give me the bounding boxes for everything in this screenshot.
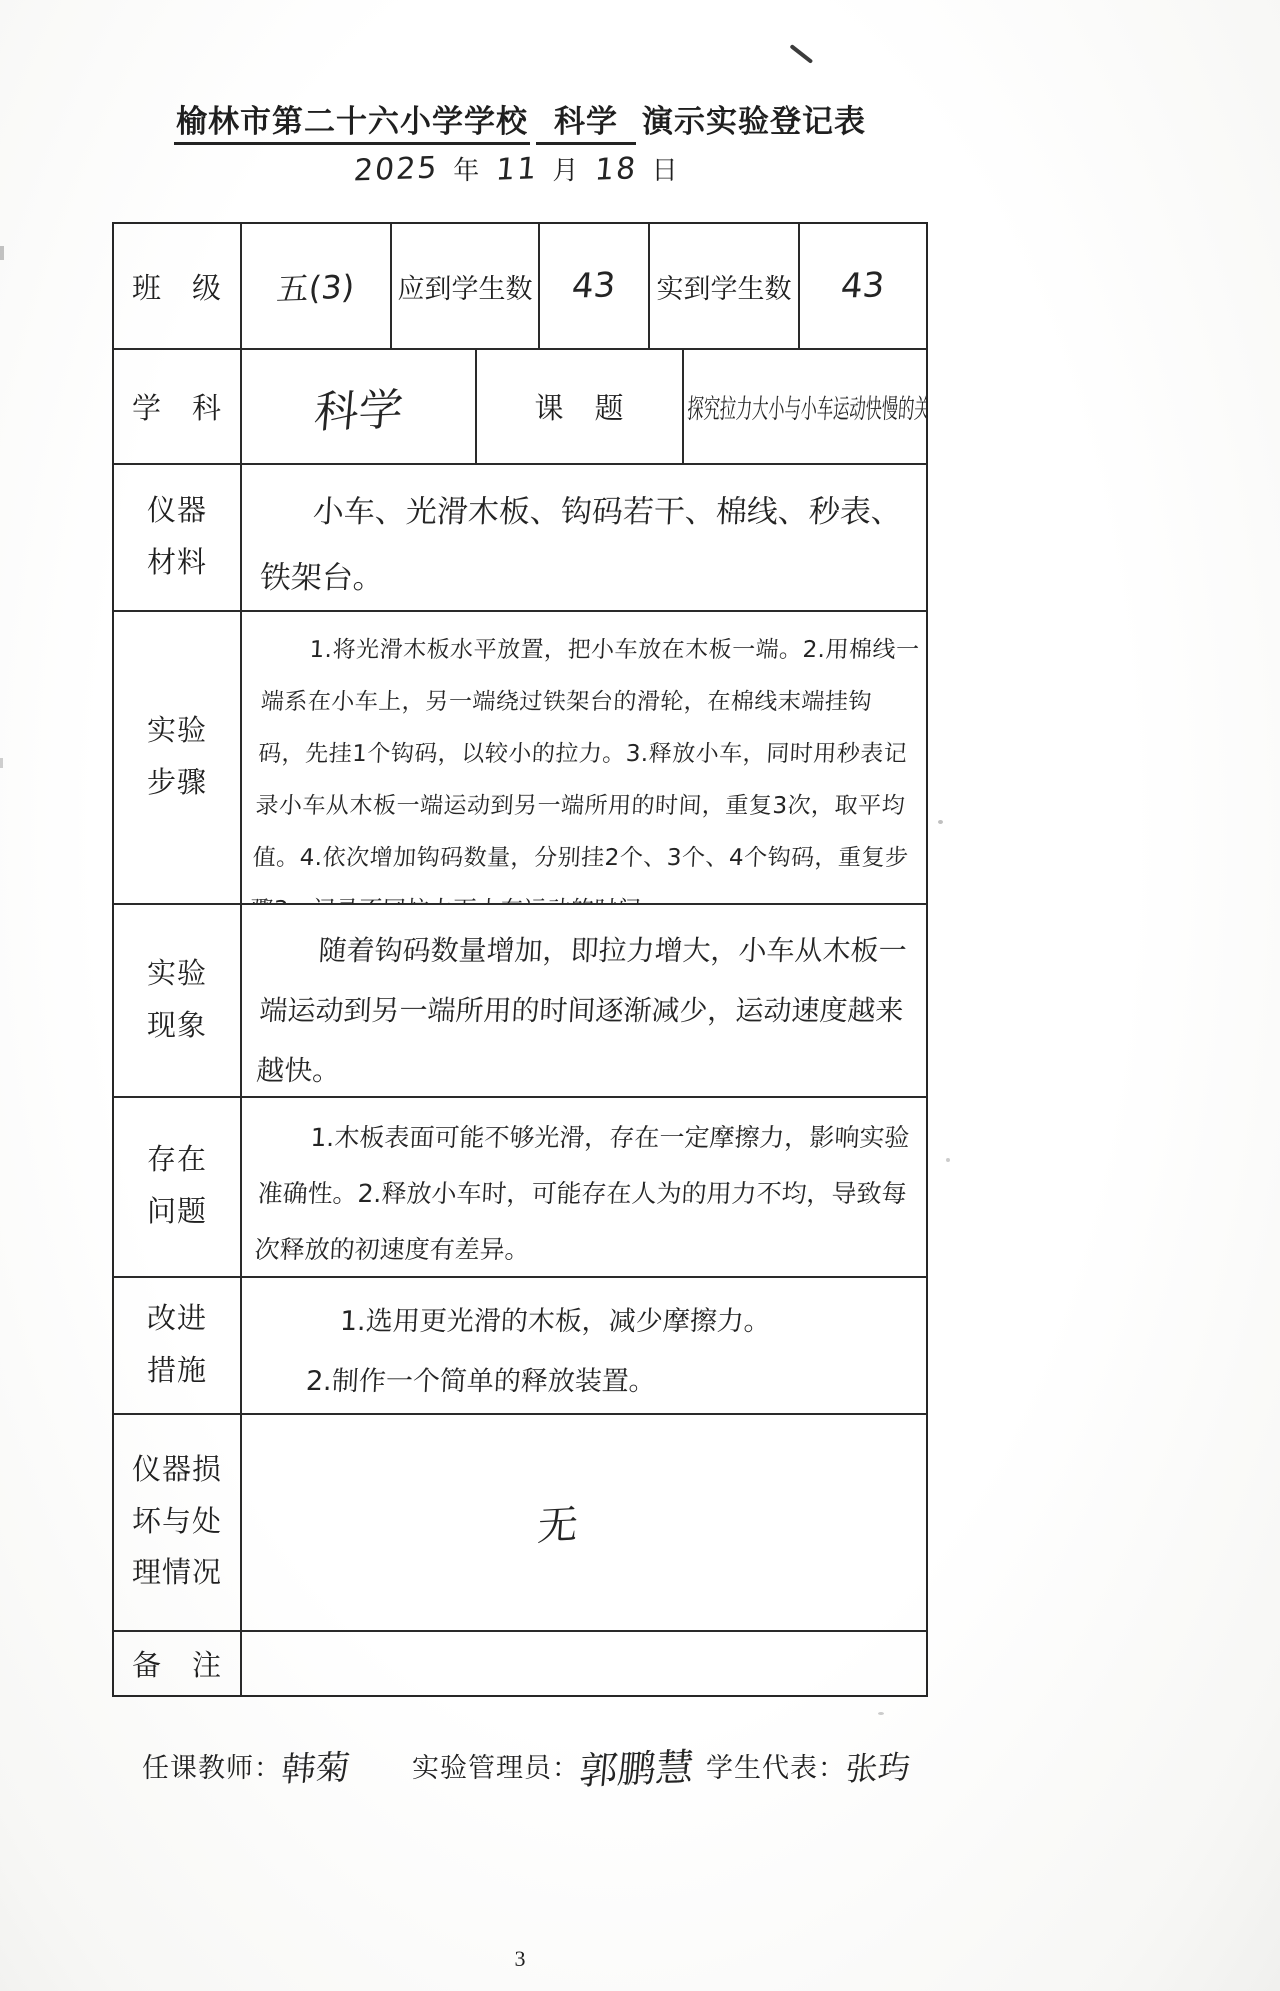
school-name: 榆林市第二十六小学学校 <box>174 104 530 145</box>
date-month-unit: 月 <box>552 156 580 185</box>
expected-count-value-cell: 43 <box>540 224 650 348</box>
equipment-content-cell: 小车、光滑木板、钩码若干、棉线、秒表、铁架台。 <box>238 465 930 610</box>
scan-artifact-edge <box>0 758 3 768</box>
form-title: 榆林市第二十六小学学校科学演示实验登记表 <box>112 96 928 141</box>
improvements-label-cell: 改进 措施 <box>114 1278 242 1413</box>
scanned-form-page: 榆林市第二十六小学学校科学演示实验登记表 2025 年 11 月 18 日 班 … <box>0 0 1280 1991</box>
teacher-signature: 韩菊 <box>280 1740 353 1791</box>
topic-label: 课 题 <box>534 386 624 427</box>
scan-artifact-speck <box>938 820 943 824</box>
equipment-label-cell: 仪器 材料 <box>114 465 242 610</box>
problems-label: 存在 问题 <box>147 1135 207 1238</box>
teacher-label: 任课教师： <box>142 1746 282 1785</box>
class-label-cell: 班 级 <box>114 224 242 348</box>
actual-count-value: 43 <box>840 265 887 306</box>
table-row-improvements: 改进 措施 1.选用更光滑的木板，减少摩擦力。 2.制作一个简单的释放装置。 <box>114 1278 926 1415</box>
date-day-unit: 日 <box>652 156 680 185</box>
date-day-value: 18 <box>593 151 638 187</box>
manager-signature: 郭鹏慧 <box>577 1736 696 1795</box>
table-row-problems: 存在 问题 1.木板表面可能不够光滑，存在一定摩擦力，影响实验准确性。2.释放小… <box>114 1098 926 1278</box>
improvement-item-2: 2.制作一个简单的释放装置。 <box>304 1352 926 1412</box>
improvement-item-1: 1.选用更光滑的木板，减少摩擦力。 <box>338 1292 926 1352</box>
actual-count-label-cell: 实到学生数 <box>650 224 800 348</box>
page-number: 3 <box>112 1946 928 1972</box>
manager-label: 实验管理员： <box>412 1746 580 1785</box>
topic-label-cell: 课 题 <box>477 350 684 463</box>
subject-blank: 科学 <box>536 104 636 145</box>
remarks-label-cell: 备 注 <box>114 1632 242 1695</box>
scan-artifact-edge <box>0 246 4 260</box>
date-line: 2025 年 11 月 18 日 <box>112 150 928 187</box>
damage-content: 无 <box>536 1493 580 1552</box>
expected-count-label: 应到学生数 <box>398 267 533 306</box>
form-name: 演示实验登记表 <box>642 104 866 139</box>
equipment-label: 仪器 材料 <box>147 486 207 589</box>
phenomena-label-cell: 实验 现象 <box>114 905 242 1096</box>
improvements-label: 改进 措施 <box>147 1294 207 1397</box>
subject-value: 科学 <box>312 373 406 440</box>
scan-artifact-speck <box>878 1712 884 1715</box>
problems-label-cell: 存在 问题 <box>114 1098 242 1276</box>
topic-value: 探究拉力大小与小车运动快慢的关系 <box>684 387 926 426</box>
table-row-equipment: 仪器 材料 小车、光滑木板、钩码若干、棉线、秒表、铁架台。 <box>114 465 926 612</box>
phenomena-label: 实验 现象 <box>147 949 207 1052</box>
table-row-subject: 学 科 科学 课 题 探究拉力大小与小车运动快慢的关系 <box>114 350 926 465</box>
steps-content-cell: 1.将光滑木板水平放置，把小车放在木板一端。2.用棉线一端系在小车上，另一端绕过… <box>234 612 933 903</box>
remarks-content-cell <box>242 1632 926 1695</box>
table-row-steps: 实验 步骤 1.将光滑木板水平放置，把小车放在木板一端。2.用棉线一端系在小车上… <box>114 612 926 905</box>
class-value-cell: 五(3) <box>242 224 392 348</box>
expected-count-value: 43 <box>571 265 618 306</box>
registration-table: 班 级 五(3) 应到学生数 43 实到学生数 43 学 科 <box>112 222 928 1697</box>
table-row-damage: 仪器损 坏与处 理情况 无 <box>114 1415 926 1632</box>
student-label: 学生代表： <box>706 1746 846 1785</box>
class-value: 五(3) <box>275 262 357 311</box>
scan-artifact-speck <box>946 1158 950 1162</box>
scan-artifact-stroke <box>790 44 813 63</box>
actual-count-value-cell: 43 <box>800 224 926 348</box>
damage-label-cell: 仪器损 坏与处 理情况 <box>114 1415 242 1630</box>
class-label: 班 级 <box>132 266 222 307</box>
problems-content-cell: 1.木板表面可能不够光滑，存在一定摩擦力，影响实验准确性。2.释放小车时，可能存… <box>237 1098 930 1276</box>
phenomena-content-cell: 随着钩码数量增加，即拉力增大，小车从木板一端运动到另一端所用的时间逐渐减少，运动… <box>237 905 931 1096</box>
subject-label-cell: 学 科 <box>114 350 242 463</box>
date-month-value: 11 <box>494 151 539 187</box>
actual-count-label: 实到学生数 <box>657 267 792 306</box>
table-row-class: 班 级 五(3) 应到学生数 43 实到学生数 43 <box>114 224 926 350</box>
topic-value-cell: 探究拉力大小与小车运动快慢的关系 <box>684 350 926 463</box>
date-year-value: 2025 <box>353 151 441 189</box>
table-row-remarks: 备 注 <box>114 1632 926 1695</box>
remarks-label: 备 注 <box>132 1643 222 1684</box>
damage-label: 仪器损 坏与处 理情况 <box>132 1445 222 1600</box>
expected-count-label-cell: 应到学生数 <box>392 224 540 348</box>
improvements-content-cell: 1.选用更光滑的木板，减少摩擦力。 2.制作一个简单的释放装置。 <box>242 1278 926 1413</box>
subject-value-cell: 科学 <box>242 350 477 463</box>
table-row-phenomena: 实验 现象 随着钩码数量增加，即拉力增大，小车从木板一端运动到另一端所用的时间逐… <box>114 905 926 1098</box>
student-signature: 张玙 <box>844 1741 912 1789</box>
steps-label: 实验 步骤 <box>147 706 207 809</box>
subject-label: 学 科 <box>132 386 222 427</box>
signature-line: 任课教师： 韩菊 实验管理员： 郭鹏慧 学生代表： 张玙 <box>142 1738 942 1793</box>
damage-content-cell: 无 <box>242 1415 926 1630</box>
date-year-unit: 年 <box>453 156 481 185</box>
steps-label-cell: 实验 步骤 <box>114 612 242 903</box>
